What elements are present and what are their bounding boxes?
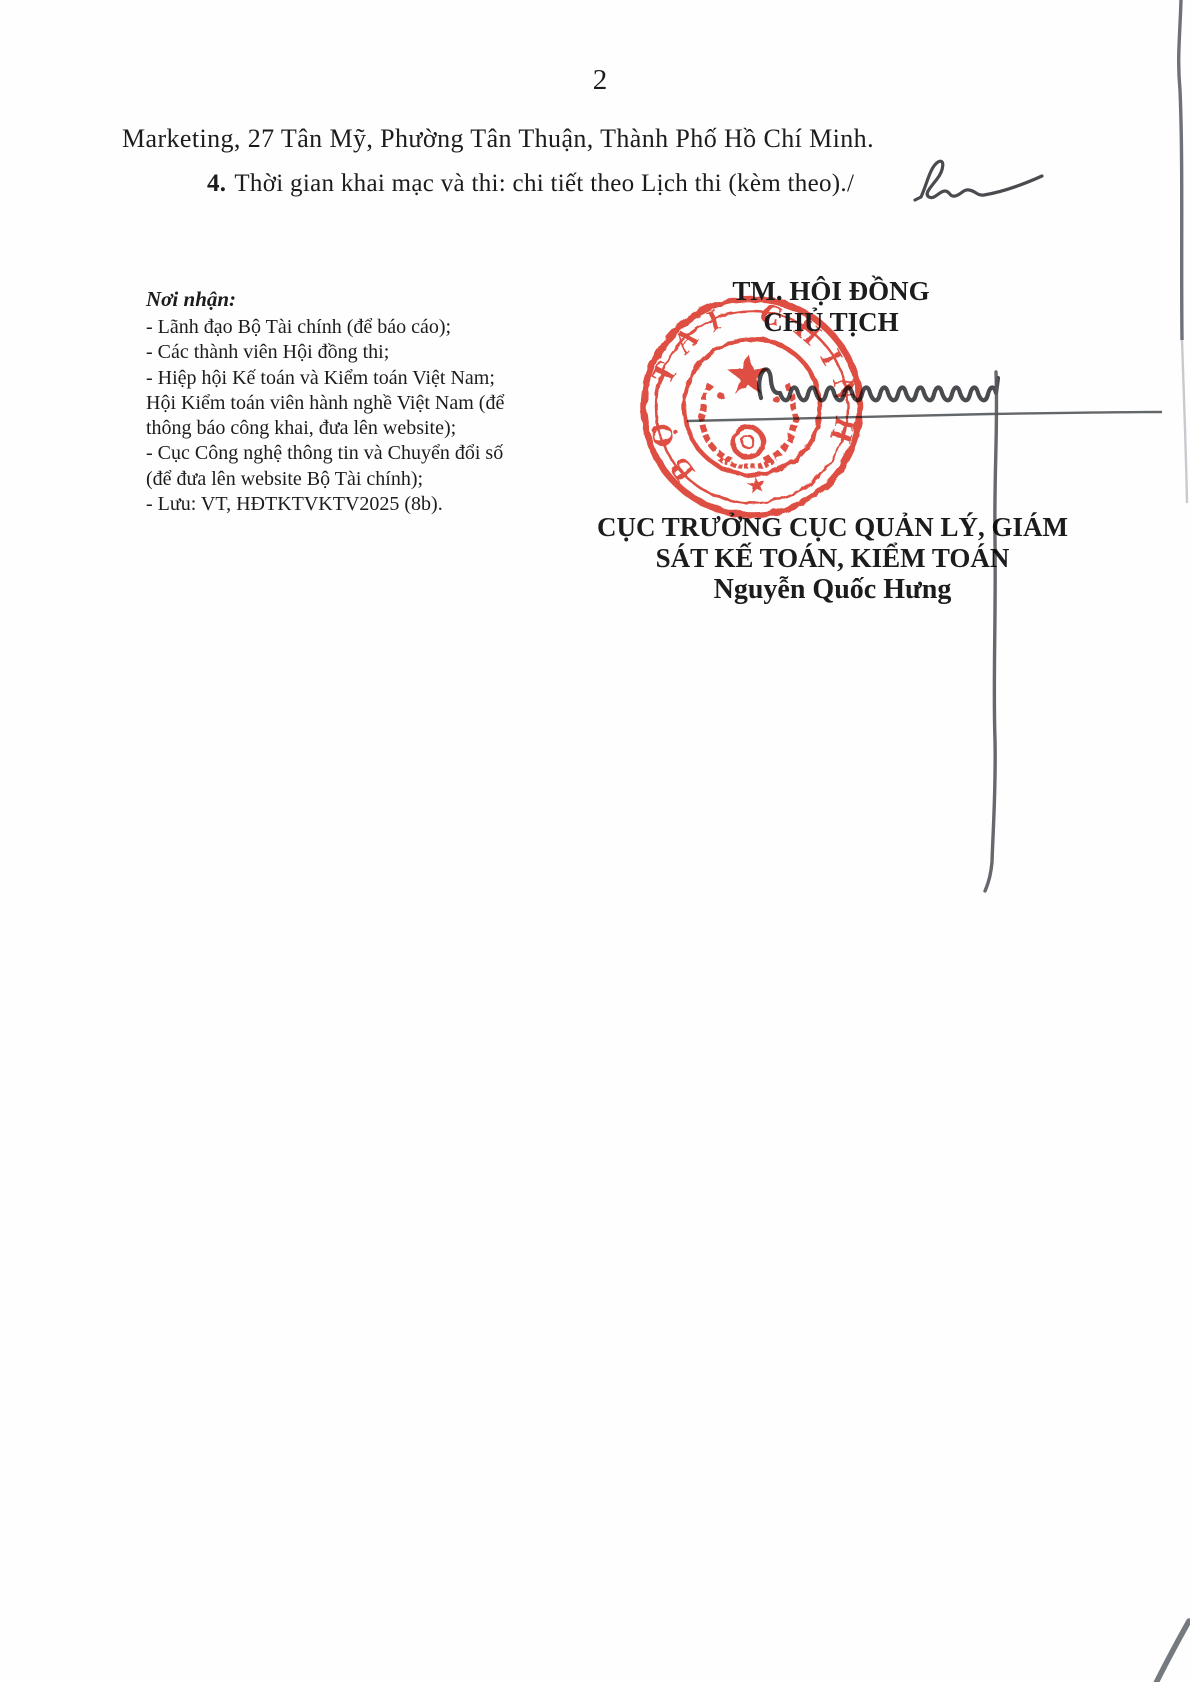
role-line: CHỦ TỊCH [676, 307, 986, 338]
signer-title-block: CỤC TRƯỞNG CỤC QUẢN LÝ, GIÁM SÁT KẾ TOÁN… [580, 512, 1085, 606]
page-number: 2 [560, 64, 640, 97]
recipients-block: Nơi nhận: - Lãnh đạo Bộ Tài chính (để bá… [146, 287, 566, 517]
signer-title-line: SÁT KẾ TOÁN, KIỂM TOÁN [580, 543, 1085, 574]
item-4-line: 4.Thời gian khai mạc và thi: chi tiết th… [207, 170, 854, 198]
emblem-rice-wreath-right [763, 384, 795, 462]
signer-title-line: CỤC TRƯỞNG CỤC QUẢN LÝ, GIÁM [580, 512, 1085, 543]
emblem-gear-hub [742, 436, 754, 448]
scan-artifact-right-edge-line [1179, 0, 1182, 340]
emblem-spark-right [773, 396, 780, 403]
emblem-star-icon [727, 354, 769, 394]
recipient-line: - Lãnh đạo Bộ Tài chính (để báo cáo); [146, 315, 566, 340]
recipient-line: - Lưu: VT, HĐTKTVKTV2025 (8b). [146, 492, 566, 517]
recipient-line: - Các thành viên Hội đồng thi; [146, 340, 566, 365]
paragraph-continuation-line: Marketing, 27 Tân Mỹ, Phường Tân Thuận, … [122, 124, 874, 154]
recipient-line: Hội Kiểm toán viên hành nghề Việt Nam (đ… [146, 391, 566, 416]
handwritten-initial-flourish [915, 161, 1042, 200]
signer-name: Nguyễn Quốc Hưng [580, 575, 1085, 606]
handwriting-and-scan-artifacts [0, 0, 1190, 1682]
recipient-line: thông báo công khai, đưa lên website); [146, 416, 566, 441]
emblem-spark-left [718, 393, 725, 400]
document-page: 2 Marketing, 27 Tân Mỹ, Phường Tân Thuận… [0, 0, 1190, 1682]
recipients-heading: Nơi nhận: [146, 287, 566, 312]
scan-artifact-corner-stroke [1156, 1621, 1189, 1682]
seal-bottom-star-icon [746, 475, 766, 494]
item-4-number: 4. [207, 170, 226, 197]
on-behalf-line: TM. HỘI ĐỒNG [676, 276, 986, 307]
recipient-line: - Cục Công nghệ thông tin và Chuyển đổi … [146, 441, 566, 466]
item-4-text: Thời gian khai mạc và thi: chi tiết theo… [234, 170, 854, 197]
scan-artifact-vertical-line [985, 372, 997, 891]
emblem-gear-icon [733, 427, 763, 457]
recipient-line: - Hiệp hội Kế toán và Kiểm toán Việt Nam… [146, 366, 566, 391]
signing-authority-block: TM. HỘI ĐỒNG CHỦ TỊCH [676, 276, 986, 338]
scan-artifact-right-edge-line-faint [1182, 340, 1187, 503]
recipient-line: (để đưa lên website Bộ Tài chính); [146, 467, 566, 492]
